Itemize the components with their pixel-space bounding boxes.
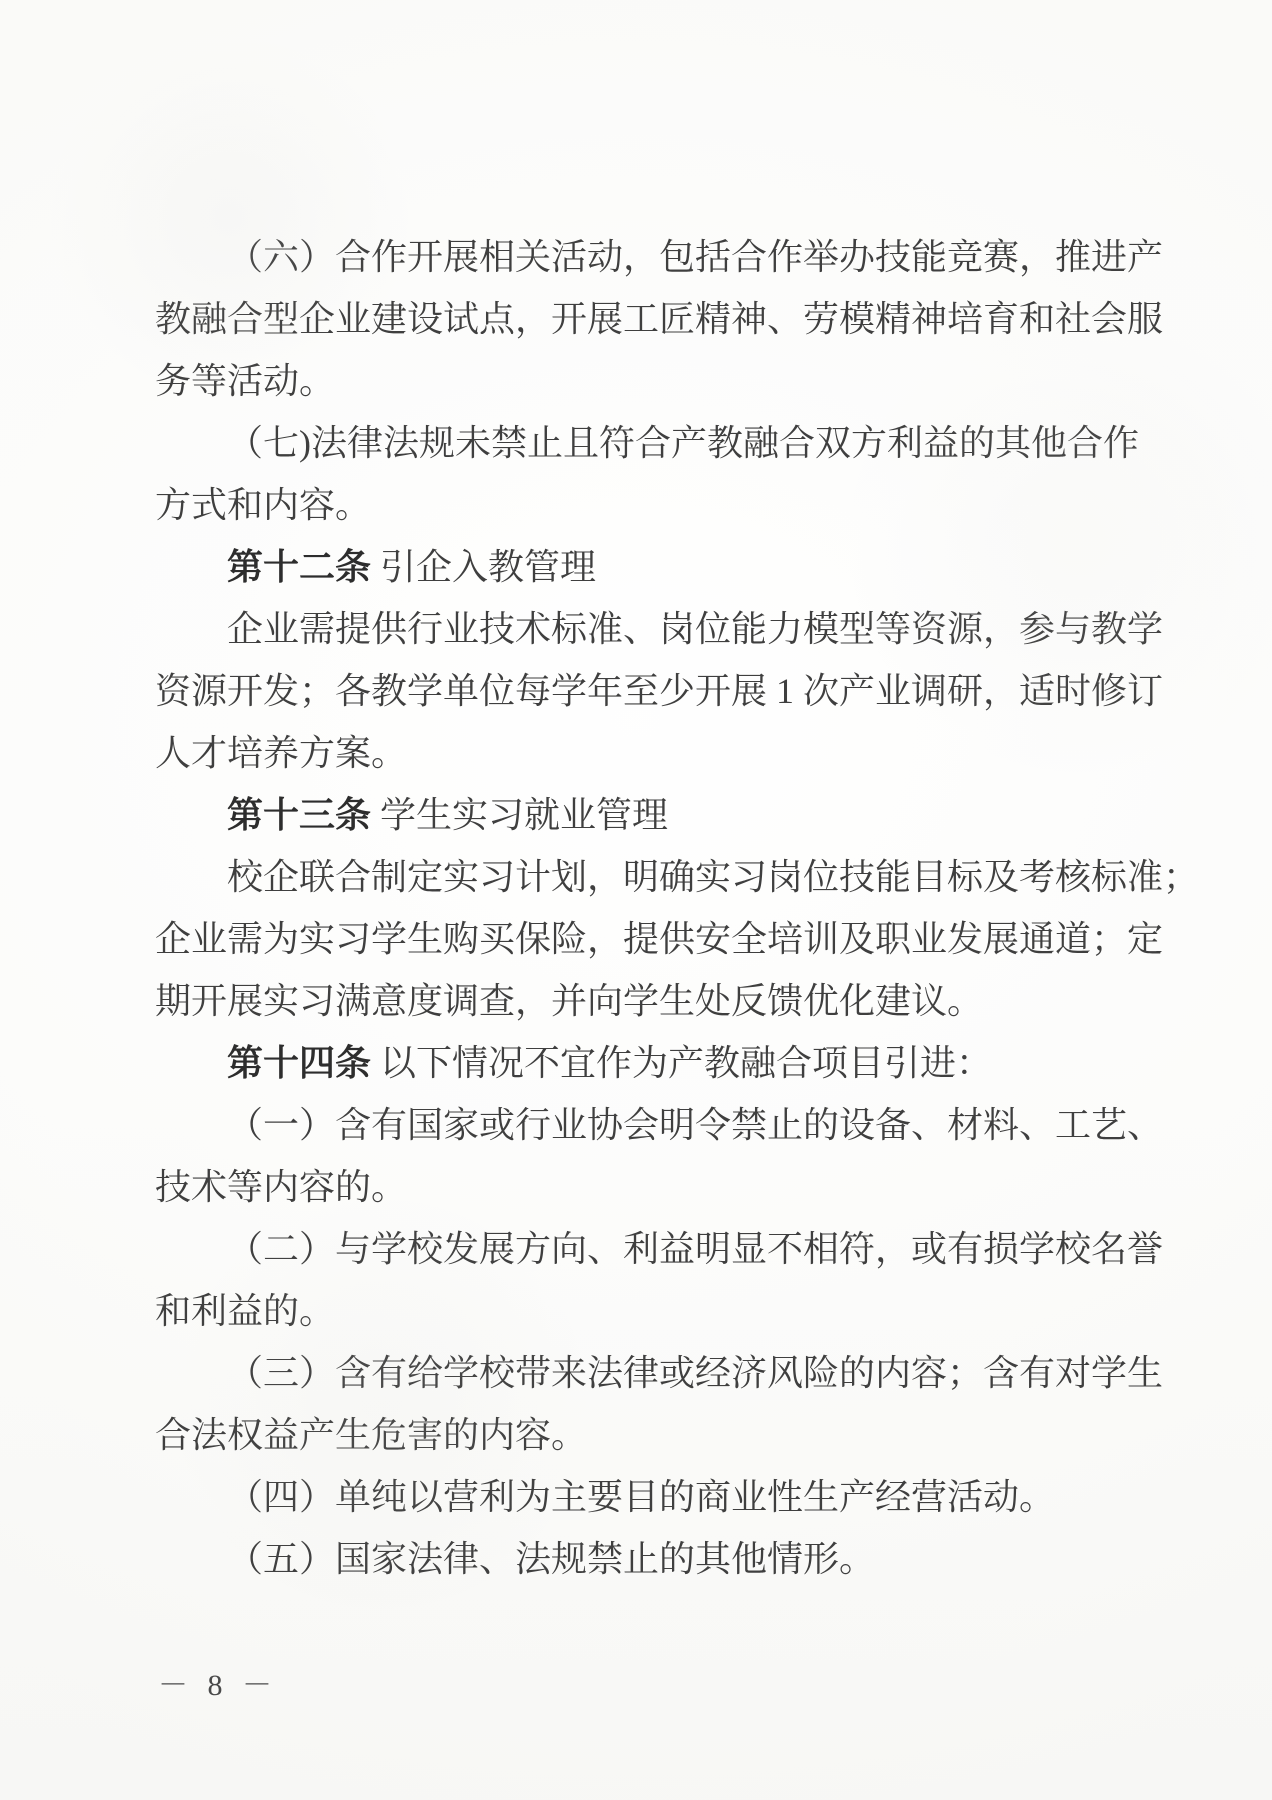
text-line: （五）国家法律、法规禁止的其他情形。 (155, 1528, 1145, 1590)
text-run: 务等活动。 (155, 361, 335, 401)
text-line: （四）单纯以营利为主要目的商业性生产经营活动。 (155, 1466, 1145, 1528)
text-run: 教融合型企业建设试点，开展工匠精神、劳模精神培育和社会服 (155, 299, 1163, 339)
text-line: （三）含有给学校带来法律或经济风险的内容；含有对学生 (155, 1342, 1145, 1404)
text-line: （七)法律法规未禁止且符合产教融合双方利益的其他合作 (155, 412, 1145, 474)
text-line: 第十四条 以下情况不宜作为产教融合项目引进： (155, 1032, 1145, 1094)
text-run: （四）单纯以营利为主要目的商业性生产经营活动。 (227, 1477, 1055, 1517)
text-line: 合法权益产生危害的内容。 (155, 1404, 1145, 1466)
text-run: （一）含有国家或行业协会明令禁止的设备、材料、工艺、 (227, 1105, 1163, 1145)
text-line: （二）与学校发展方向、利益明显不相符，或有损学校名誉 (155, 1218, 1145, 1280)
text-run: 以下情况不宜作为产教融合项目引进： (371, 1043, 992, 1083)
text-run: （三）含有给学校带来法律或经济风险的内容；含有对学生 (227, 1353, 1163, 1393)
text-line: 第十三条 学生实习就业管理 (155, 784, 1145, 846)
article-number: 第十三条 (227, 795, 371, 835)
text-line: 企业需提供行业技术标准、岗位能力模型等资源，参与教学 (155, 598, 1145, 660)
text-line: 企业需为实习学生购买保险，提供安全培训及职业发展通道；定 (155, 908, 1145, 970)
text-run: （二）与学校发展方向、利益明显不相符，或有损学校名誉 (227, 1229, 1163, 1269)
text-run: 和利益的。 (155, 1291, 335, 1331)
text-run: 学生实习就业管理 (371, 795, 668, 835)
page-footer: － 8 － (158, 1664, 278, 1708)
text-line: （六）合作开展相关活动，包括合作举办技能竞赛，推进产 (155, 226, 1145, 288)
text-run: （五）国家法律、法规禁止的其他情形。 (227, 1539, 875, 1579)
text-run: 方式和内容。 (155, 485, 371, 525)
page-number: － 8 － (158, 1669, 278, 1702)
text-run: 引企入教管理 (371, 547, 596, 587)
text-line: 和利益的。 (155, 1280, 1145, 1342)
text-line: 方式和内容。 (155, 474, 1145, 536)
text-line: 教融合型企业建设试点，开展工匠精神、劳模精神培育和社会服 (155, 288, 1145, 350)
text-run: 资源开发；各教学单位每学年至少开展 1 次产业调研，适时修订 (155, 671, 1163, 711)
text-run: 期开展实习满意度调查，并向学生处反馈优化建议。 (155, 981, 983, 1021)
text-line: （一）含有国家或行业协会明令禁止的设备、材料、工艺、 (155, 1094, 1145, 1156)
text-line: 期开展实习满意度调查，并向学生处反馈优化建议。 (155, 970, 1145, 1032)
text-run: 技术等内容的。 (155, 1167, 407, 1207)
text-run: （七)法律法规未禁止且符合产教融合双方利益的其他合作 (227, 423, 1139, 463)
text-run: 企业需为实习学生购买保险，提供安全培训及职业发展通道；定 (155, 919, 1163, 959)
text-run: 合法权益产生危害的内容。 (155, 1415, 587, 1455)
text-line: 资源开发；各教学单位每学年至少开展 1 次产业调研，适时修订 (155, 660, 1145, 722)
text-line: 人才培养方案。 (155, 722, 1145, 784)
text-run: （六）合作开展相关活动，包括合作举办技能竞赛，推进产 (227, 237, 1163, 277)
text-line: 第十二条 引企入教管理 (155, 536, 1145, 598)
text-line: 技术等内容的。 (155, 1156, 1145, 1218)
document-page: （六）合作开展相关活动，包括合作举办技能竞赛，推进产教融合型企业建设试点，开展工… (0, 0, 1272, 1800)
text-line: 务等活动。 (155, 350, 1145, 412)
document-body: （六）合作开展相关活动，包括合作举办技能竞赛，推进产教融合型企业建设试点，开展工… (155, 226, 1145, 1590)
text-run: 人才培养方案。 (155, 733, 407, 773)
text-run: 校企联合制定实习计划，明确实习岗位技能目标及考核标准； (227, 857, 1199, 897)
text-run: 企业需提供行业技术标准、岗位能力模型等资源，参与教学 (227, 609, 1163, 649)
article-number: 第十二条 (227, 547, 371, 587)
article-number: 第十四条 (227, 1043, 371, 1083)
text-line: 校企联合制定实习计划，明确实习岗位技能目标及考核标准； (155, 846, 1145, 908)
